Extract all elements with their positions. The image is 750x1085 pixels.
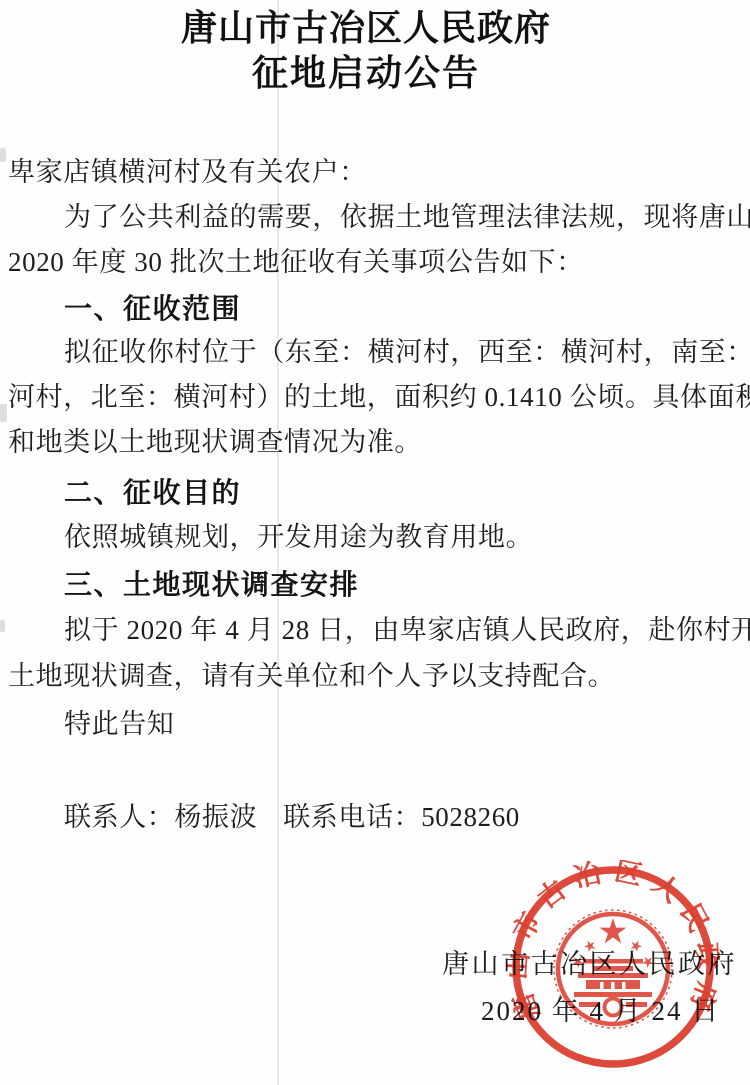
scan-smudge	[0, 620, 5, 632]
document-title: 唐山市古冶区人民政府 征地启动公告	[0, 6, 732, 96]
scan-smudge	[0, 404, 7, 422]
section1-line1: 拟征收你村位于（东至：横河村，西至：横河村，南至：横	[64, 337, 750, 368]
section2-heading: 二、征收目的	[64, 477, 241, 508]
contact-person: 联系人：杨振波	[64, 802, 257, 832]
section3-line2: 土地现状调查，请有关单位和个人予以支持配合。	[8, 661, 615, 692]
title-line-authority: 唐山市古冶区人民政府	[0, 6, 732, 51]
section1-heading: 一、征收范围	[64, 293, 241, 324]
contact-line: 联系人：杨振波联系电话：5028260	[64, 802, 520, 833]
scan-smudge	[0, 148, 6, 162]
section3-line1: 拟于 2020 年 4 月 28 日，由卑家店镇人民政府，赴你村开展	[64, 615, 750, 646]
section1-line3: 和地类以土地现状调查情况为准。	[8, 427, 422, 458]
section1-line2: 河村，北至：横河村）的土地，面积约 0.1410 公顷。具体面积	[8, 382, 750, 413]
paragraph1-line2: 2020 年度 30 批次土地征收有关事项公告如下：	[8, 247, 584, 278]
closing-line: 特此告知	[64, 709, 174, 740]
paragraph1-line1: 为了公共利益的需要，依据土地管理法律法规，现将唐山市	[64, 202, 750, 233]
document-page: 唐山市古冶区人民政府 征地启动公告 卑家店镇横河村及有关农户： 为了公共利益的需…	[0, 0, 750, 1085]
section2-line1: 依照城镇规划，开发用途为教育用地。	[64, 522, 533, 553]
signature-date: 2020 年 4 月 24 日	[481, 989, 720, 1028]
section3-heading: 三、土地现状调查安排	[64, 569, 359, 600]
title-line-notice: 征地启动公告	[0, 51, 732, 96]
signature-issuer: 唐山市古冶区人民政府	[442, 942, 737, 981]
salutation-line: 卑家店镇横河村及有关农户：	[8, 157, 367, 188]
contact-phone: 联系电话：5028260	[283, 802, 520, 832]
